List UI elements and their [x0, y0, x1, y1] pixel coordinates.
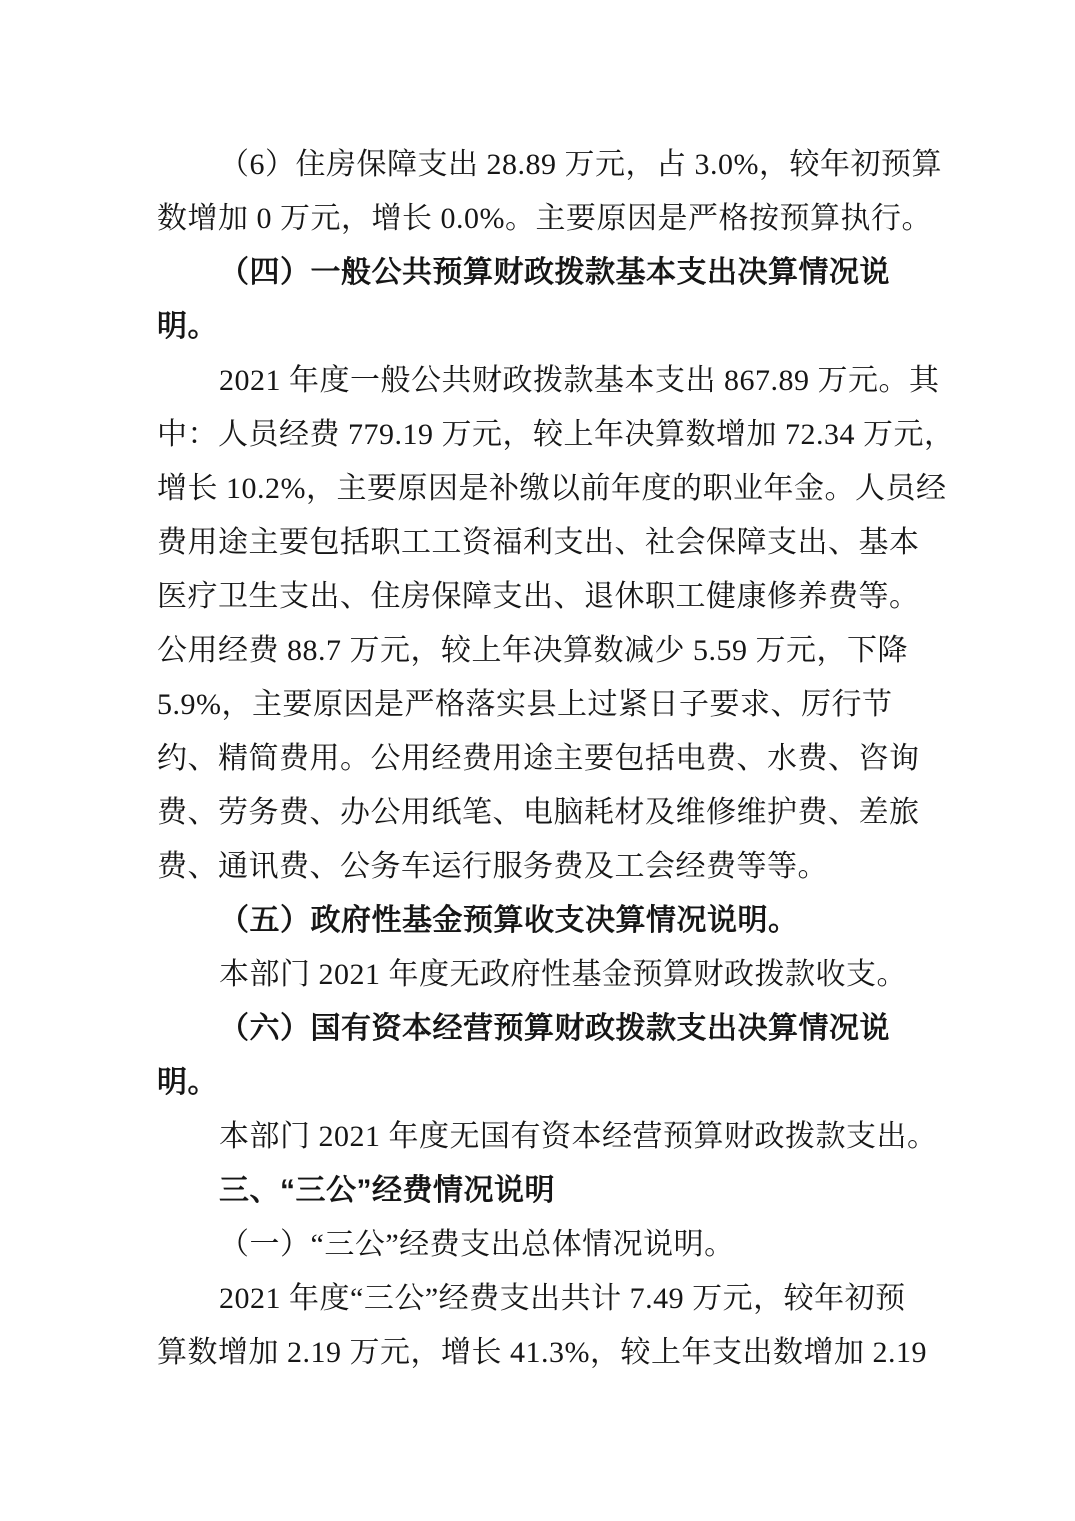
heading-section-6: （六）国有资本经营预算财政拨款支出决算情况说明。 [157, 1002, 915, 1110]
text-line: 2021 年度“三公”经费支出共计 7.49 万元，较年初预 [157, 1272, 915, 1326]
heading-section-5: （五）政府性基金预算收支决算情况说明。 [157, 894, 915, 948]
para-housing-item-6: （6）住房保障支出 28.89 万元，占 3.0%，较年初预算数增加 0 万元，… [157, 138, 915, 246]
text-line: 本部门 2021 年度无政府性基金预算财政拨款收支。 [157, 948, 915, 1002]
text-line: 2021 年度一般公共财政拨款基本支出 867.89 万元。其 [157, 354, 915, 408]
heading-section-3-1: （一）“三公”经费支出总体情况说明。 [157, 1218, 915, 1272]
document-content: （6）住房保障支出 28.89 万元，占 3.0%，较年初预算数增加 0 万元，… [157, 138, 915, 1380]
document-page: （6）住房保障支出 28.89 万元，占 3.0%，较年初预算数增加 0 万元，… [0, 0, 1075, 1521]
text-line: 公用经费 88.7 万元，较上年决算数减少 5.59 万元，下降 [157, 624, 915, 678]
text-line: 明。 [157, 1056, 915, 1110]
text-line: 医疗卫生支出、住房保障支出、退休职工健康修养费等。 [157, 570, 915, 624]
text-line: 中：人员经费 779.19 万元，较上年决算数增加 72.34 万元， [157, 408, 915, 462]
text-line: 三、“三公”经费情况说明 [157, 1164, 915, 1218]
text-line: 费、通讯费、公务车运行服务费及工会经费等等。 [157, 840, 915, 894]
text-line: 增长 10.2%，主要原因是补缴以前年度的职业年金。人员经 [157, 462, 915, 516]
text-line: （6）住房保障支出 28.89 万元，占 3.0%，较年初预算 [157, 138, 915, 192]
text-line: 费用途主要包括职工工资福利支出、社会保障支出、基本 [157, 516, 915, 570]
text-line: 明。 [157, 300, 915, 354]
text-line: （四）一般公共预算财政拨款基本支出决算情况说 [157, 246, 915, 300]
text-line: 费、劳务费、办公用纸笔、电脑耗材及维修维护费、差旅 [157, 786, 915, 840]
text-line: 5.9%，主要原因是严格落实县上过紧日子要求、厉行节 [157, 678, 915, 732]
para-no-gov-fund: 本部门 2021 年度无政府性基金预算财政拨款收支。 [157, 948, 915, 1002]
text-line: （一）“三公”经费支出总体情况说明。 [157, 1218, 915, 1272]
text-line: 算数增加 2.19 万元，增长 41.3%，较上年支出数增加 2.19 [157, 1326, 915, 1380]
text-line: （五）政府性基金预算收支决算情况说明。 [157, 894, 915, 948]
para-no-state-capital: 本部门 2021 年度无国有资本经营预算财政拨款支出。 [157, 1110, 915, 1164]
text-line: 约、精简费用。公用经费用途主要包括电费、水费、咨询 [157, 732, 915, 786]
text-line: （六）国有资本经营预算财政拨款支出决算情况说 [157, 1002, 915, 1056]
para-three-public-total: 2021 年度“三公”经费支出共计 7.49 万元，较年初预算数增加 2.19 … [157, 1272, 915, 1380]
para-basic-expenditure-detail: 2021 年度一般公共财政拨款基本支出 867.89 万元。其中：人员经费 77… [157, 354, 915, 894]
text-line: 数增加 0 万元，增长 0.0%。主要原因是严格按预算执行。 [157, 192, 915, 246]
heading-part-3-three-public: 三、“三公”经费情况说明 [157, 1164, 915, 1218]
heading-section-4: （四）一般公共预算财政拨款基本支出决算情况说明。 [157, 246, 915, 354]
text-line: 本部门 2021 年度无国有资本经营预算财政拨款支出。 [157, 1110, 915, 1164]
